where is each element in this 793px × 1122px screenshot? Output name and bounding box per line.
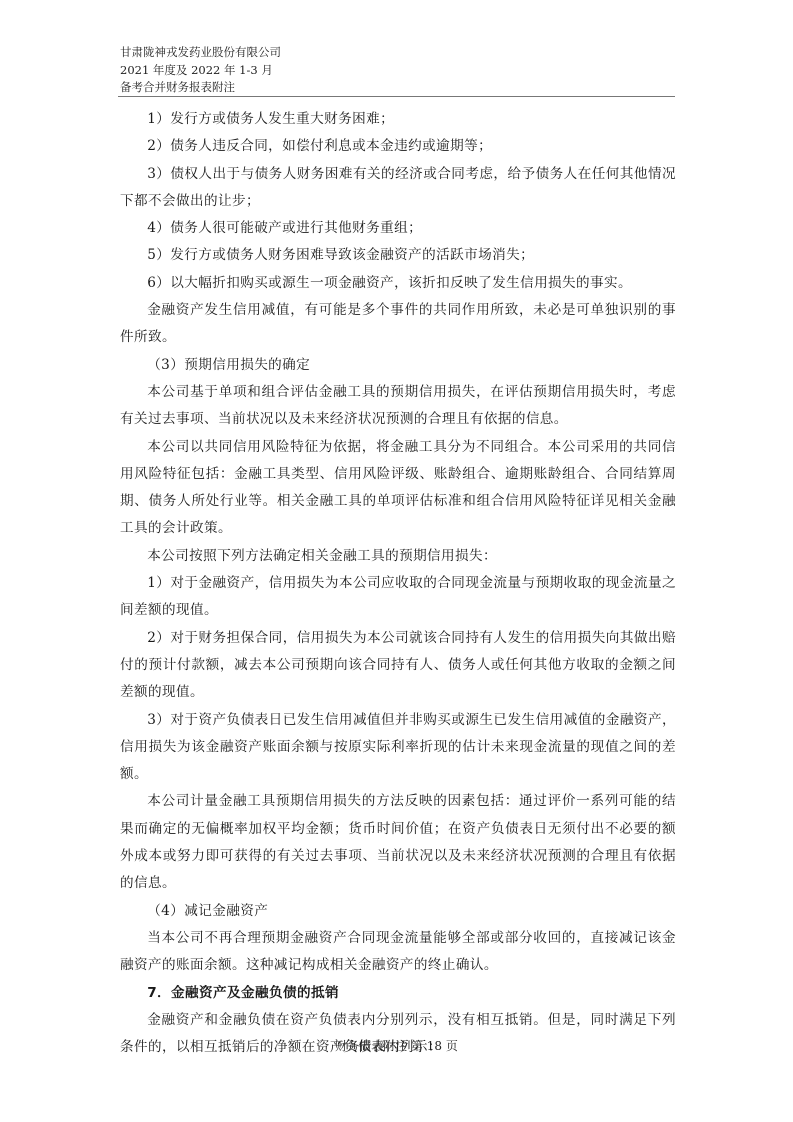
- header-divider: [118, 96, 675, 97]
- paragraph-item-1: 1）发行方或债务人发生重大财务困难；: [120, 106, 676, 133]
- header-period: 2021 年度及 2022 年 1-3 月: [120, 62, 281, 80]
- paragraph-item-2: 2）债务人违反合同，如偿付利息或本金违约或逾期等；: [120, 133, 676, 160]
- footer-page-number: 第 18 页: [411, 1039, 458, 1053]
- document-body: 1）发行方或债务人发生重大财务困难； 2）债务人违反合同，如偿付利息或本金违约或…: [120, 106, 676, 1061]
- paragraph-credit-impairment-note: 金融资产发生信用减值，有可能是多个事件的共同作用所致，未必是可单独识别的事件所致…: [120, 297, 676, 352]
- paragraph-item-5: 5）发行方或债务人财务困难导致该金融资产的活跃市场消失；: [120, 242, 676, 269]
- paragraph-method-2: 2）对于财务担保合同，信用损失为本公司就该合同持有人发生的信用损失向其做出赔付的…: [120, 625, 676, 707]
- subheading-write-off: （4）减记金融资产: [120, 898, 676, 925]
- page-footer: 财务报表附注 第 18 页: [0, 1037, 793, 1054]
- paragraph-measurement-factors: 本公司计量金融工具预期信用损失的方法反映的因素包括：通过评价一系列可能的结果而确…: [120, 788, 676, 897]
- header-company: 甘肃陇神戎发药业股份有限公司: [120, 44, 281, 62]
- paragraph-method-3: 3）对于资产负债表日已发生信用减值但并非购买或源生已发生信用减值的金融资产，信用…: [120, 707, 676, 789]
- subheading-expected-credit-loss: （3）预期信用损失的确定: [120, 352, 676, 379]
- paragraph-item-4: 4）债务人很可能破产或进行其他财务重组；: [120, 215, 676, 242]
- section-heading-offsetting: 7．金融资产及金融负债的抵销: [120, 980, 676, 1007]
- paragraph-method-1: 1）对于金融资产，信用损失为本公司应收取的合同现金流量与预期收取的现金流量之间差…: [120, 570, 676, 625]
- paragraph-item-3: 3）债权人出于与债务人财务困难有关的经济或合同考虑，给予债务人在任何其他情况下都…: [120, 161, 676, 216]
- paragraph-write-off: 当本公司不再合理预期金融资产合同现金流量能够全部或部分收回的，直接减记该金融资产…: [120, 925, 676, 980]
- page-header: 甘肃陇神戎发药业股份有限公司 2021 年度及 2022 年 1-3 月 备考合…: [120, 44, 281, 97]
- paragraph-ecl-basis: 本公司基于单项和组合评估金融工具的预期信用损失，在评估预期信用损失时，考虑有关过…: [120, 379, 676, 434]
- paragraph-risk-characteristics: 本公司以共同信用风险特征为依据，将金融工具分为不同组合。本公司采用的共同信用风险…: [120, 434, 676, 543]
- footer-label: 财务报表附注: [335, 1039, 407, 1053]
- header-doc-title: 备考合并财务报表附注: [120, 79, 281, 97]
- paragraph-item-6: 6）以大幅折扣购买或源生一项金融资产，该折扣反映了发生信用损失的事实。: [120, 270, 676, 297]
- paragraph-ecl-methods-intro: 本公司按照下列方法确定相关金融工具的预期信用损失：: [120, 543, 676, 570]
